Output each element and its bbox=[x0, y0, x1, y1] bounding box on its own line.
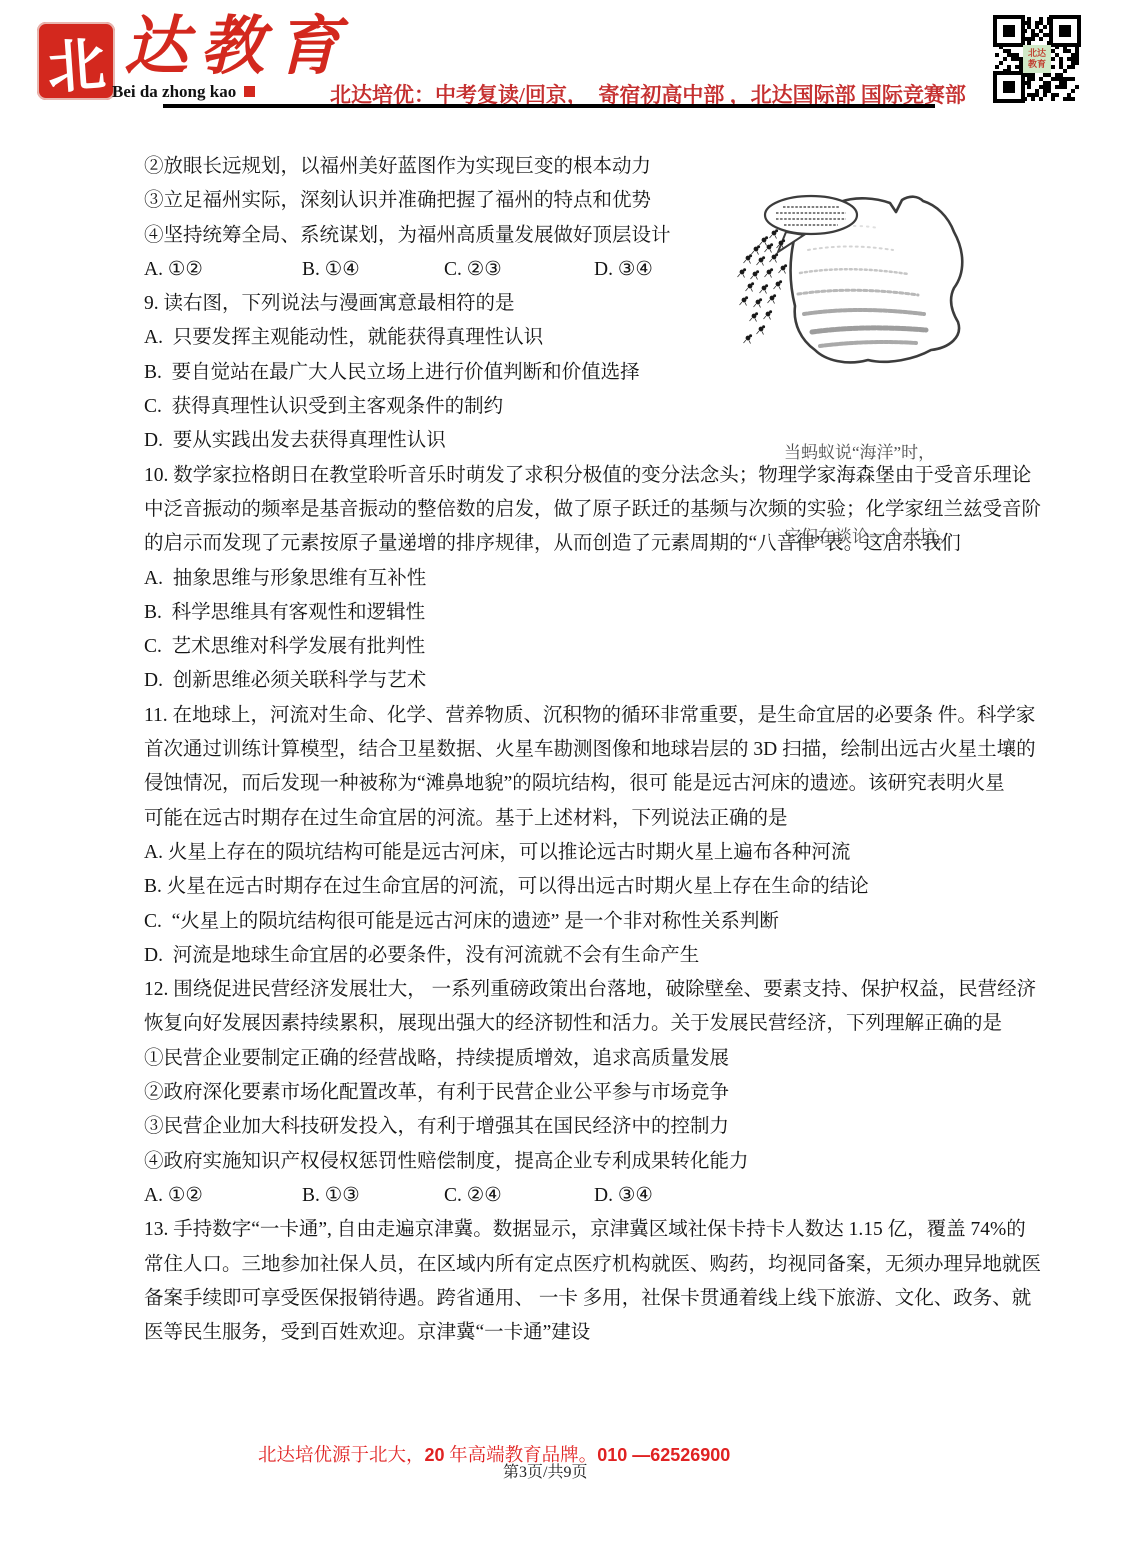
brand-subtitle-text: Bei da zhong kao bbox=[112, 82, 236, 101]
answer-option: C. ②③ bbox=[444, 253, 594, 287]
brand-seal-logo: 北 bbox=[37, 22, 115, 100]
brand-title: 达教育 bbox=[124, 8, 352, 86]
figure-caption-line2: 它们在谈论一个水坑。 bbox=[784, 523, 970, 551]
text-line: D. 河流是地球生命宜居的必要条件，没有河流就不会有生命产生 bbox=[144, 939, 1000, 973]
text-line: B. 火星在远古时期存在过生命宜居的河流，可以得出远古时期火星上存在生命的结论 bbox=[144, 870, 1000, 904]
text-line: 侵蚀情况，而后发现一种被称为“滩鼻地貌”的陨坑结构，很可 能是远古河床的遗迹。该… bbox=[144, 767, 1000, 801]
svg-text:北达: 北达 bbox=[1028, 47, 1046, 58]
svg-text:教育: 教育 bbox=[1027, 58, 1046, 69]
text-line: C. 艺术思维对科学发展有批判性 bbox=[144, 630, 1000, 664]
qr-code: 北达教育 bbox=[990, 12, 1084, 106]
text-line: D. 创新思维必须关联科学与艺术 bbox=[144, 664, 1000, 698]
answer-option: A. ①② bbox=[144, 1179, 302, 1213]
text-line: ④政府实施知识产权侵权惩罚性赔偿制度，提高企业专利成果转化能力 bbox=[144, 1145, 1000, 1179]
qr-code-image: 北达教育 bbox=[990, 12, 1084, 106]
footer-years-number: 20 bbox=[425, 1445, 445, 1465]
answer-option: D. ③④ bbox=[594, 253, 653, 287]
footer-slogan: 北达培优源于北大，20 年高端教育品牌。010 —62526900 bbox=[258, 1441, 730, 1467]
brand-subtitle: Bei da zhong kao bbox=[112, 82, 255, 102]
text-line: 可能在远古时期存在过生命宜居的河流。基于上述材料，下列说法正确的是 bbox=[144, 802, 1000, 836]
text-line: ②放眼长远规划，以福州美好蓝图作为实现巨变的根本动力 bbox=[144, 150, 1000, 184]
page-number: 第3页/共9页 bbox=[503, 1459, 587, 1482]
answer-option: C. ②④ bbox=[444, 1179, 594, 1213]
text-line: C. “火星上的陨坑结构很可能是远古河床的遗迹” 是一个非对称性关系判断 bbox=[144, 905, 1000, 939]
answer-option: A. ①② bbox=[144, 253, 302, 287]
footer-phone-number: 010 —62526900 bbox=[597, 1445, 730, 1465]
footer-slogan-text1: 北达培优源于北大， bbox=[258, 1446, 425, 1466]
text-line: ②政府深化要素市场化配置改革，有利于民营企业公平参与市场竞争 bbox=[144, 1076, 1000, 1110]
text-line: 恢复向好发展因素持续累积，展现出强大的经济韧性和活力。关于发展民营经济，下列理解… bbox=[144, 1007, 1000, 1041]
figure-caption-line1: 当蚂蚁说“海洋”时， bbox=[784, 439, 970, 467]
answer-row: A. ①②B. ①③C. ②④D. ③④ bbox=[144, 1179, 1000, 1213]
text-line: ①民营企业要制定正确的经营战略，持续提质增效，追求高质量发展 bbox=[144, 1042, 1000, 1076]
answer-option: B. ①③ bbox=[302, 1179, 444, 1213]
text-line: 备案手续即可享受医保报销待遇。跨省通用、 一卡 多用，社保卡贯通着线上线下旅游、… bbox=[144, 1282, 1000, 1316]
header-divider bbox=[163, 104, 935, 108]
figure-caption: 当蚂蚁说“海洋”时， 它们在谈论一个水坑。 bbox=[728, 383, 970, 607]
text-line: 12. 围绕促进民营经济发展壮大， 一系列重磅政策出台落地，破除壁垒、要素支持、… bbox=[144, 973, 1000, 1007]
cartoon-drawing bbox=[728, 188, 970, 374]
text-line: 首次通过训练计算模型，结合卫星数据、火星车勘测图像和地球岩层的 3D 扫描，绘制… bbox=[144, 733, 1000, 767]
red-square-icon bbox=[244, 86, 255, 97]
text-line: 医等民生服务，受到百姓欢迎。京津冀“一卡通”建设 bbox=[144, 1316, 1000, 1350]
text-line: ③民营企业加大科技研发投入，有利于增强其在国民经济中的控制力 bbox=[144, 1110, 1000, 1144]
text-line: A. 火星上存在的陨坑结构可能是远古河床，可以推论远古时期火星上遍布各种河流 bbox=[144, 836, 1000, 870]
exam-page: 北 达教育 Bei da zhong kao 北达培优：中考复读/回京， 寄宿初… bbox=[0, 0, 1134, 1559]
answer-option: D. ③④ bbox=[594, 1179, 653, 1213]
answer-option: B. ①④ bbox=[302, 253, 444, 287]
seal-character: 北 bbox=[44, 17, 108, 105]
text-line: 11. 在地球上，河流对生命、化学、营养物质、沉积物的循环非常重要，是生命宜居的… bbox=[144, 699, 1000, 733]
text-line: 13. 手持数字“一卡通”, 自由走遍京津冀。数据显示，京津冀区域社保卡持卡人数… bbox=[144, 1213, 1000, 1247]
text-line: 常住人口。三地参加社保人员，在区域内所有定点医疗机构就医、购药，均视同备案，无须… bbox=[144, 1248, 1000, 1282]
cartoon-figure: 当蚂蚁说“海洋”时， 它们在谈论一个水坑。 bbox=[728, 188, 970, 607]
